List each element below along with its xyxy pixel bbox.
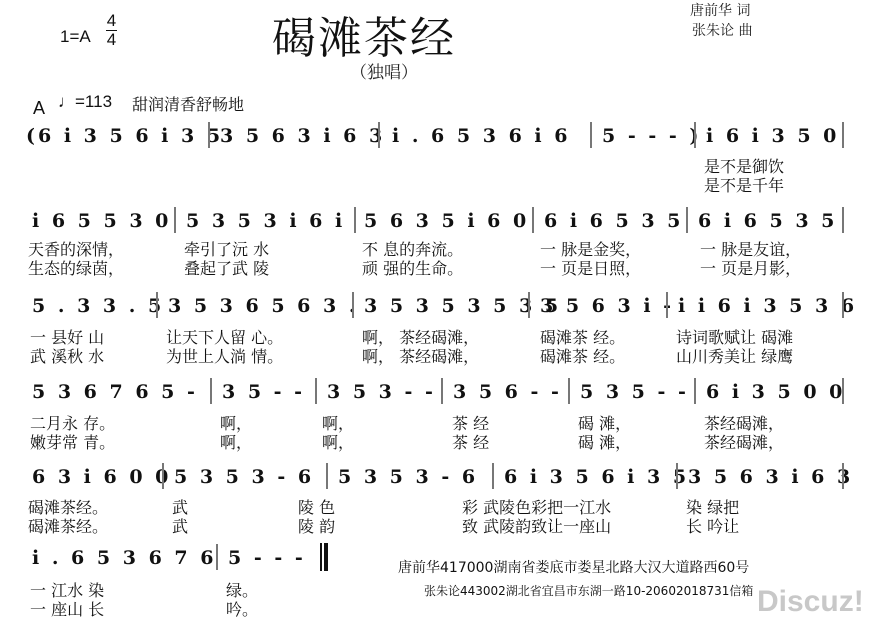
lyric-6-2-verse1: 绿。: [226, 581, 258, 600]
measure-5-1: 6 3 i 6 0 0: [32, 466, 171, 488]
key-signature: 1=A: [60, 27, 91, 47]
barline: [590, 122, 592, 148]
measure-4-6: 6 i 3 5 0 0: [706, 381, 845, 403]
lyric-4-2-verse1: 啊，: [220, 414, 252, 433]
tempo-marking: ♩=113: [58, 92, 112, 112]
measure-5-2: 5 3 5 3 - 6: [174, 466, 314, 488]
barline: [210, 378, 212, 404]
barline: [216, 544, 218, 570]
lyric-6-2-verse2: 吟。: [226, 600, 258, 619]
time-signature: 4 4: [106, 12, 117, 49]
lyric-4-3-verse2: 啊，: [322, 433, 354, 452]
lyric-6-1-verse2: 一 座山 长: [30, 600, 104, 619]
measure-2-5: 6 i 6 5 3 5: [698, 210, 837, 232]
measure-4-1: 5 3 6 7 6 5 -: [32, 381, 198, 403]
barline: [162, 463, 164, 489]
barline: [694, 122, 696, 148]
measure-4-2: 3 5 - -: [222, 381, 305, 403]
lyric-3-3-verse1: 啊， 茶经碣滩，: [362, 328, 479, 347]
lyric-2-2-verse2: 叠起了武 陵: [184, 259, 269, 278]
song-title: 碣滩茶经: [272, 2, 456, 66]
lyric-3-1-verse1: 一 县好 山: [30, 328, 104, 347]
lyric-2-4-verse2: 一 页是日照，: [540, 259, 641, 278]
measure-3-1: 5 . 3 3 . 5: [32, 295, 164, 317]
composer-contact: 张朱论443002湖北省宜昌市东湖一路10-20602018731信箱: [424, 582, 753, 599]
lyric-5-3-verse2: 陵 韵: [298, 517, 335, 536]
barline: [156, 292, 158, 318]
lyric-3-2-verse1: 让天下人留 心。: [166, 328, 283, 347]
lyric-5-3-verse1: 陵 色: [298, 498, 335, 517]
barline: [174, 207, 176, 233]
lyric-2-2-verse1: 牵引了沅 水: [184, 240, 269, 259]
barline: [326, 463, 328, 489]
barline: [568, 378, 570, 404]
lyric-4-4-verse1: 茶 经: [452, 414, 489, 433]
lyric-2-4-verse1: 一 脉是金奖，: [540, 240, 641, 259]
measure-4-5: 5 3 5 - -: [580, 381, 689, 403]
lyric-4-2-verse2: 啊，: [220, 433, 252, 452]
lyric-3-5-verse1: 诗词歌赋让 碣滩: [676, 328, 793, 347]
lyric-5-2-verse1: 武: [172, 498, 188, 517]
watermark-logo: Discuz!: [757, 585, 864, 619]
barline: [842, 122, 844, 148]
lyric-3-5-verse2: 山川秀美让 绿鹰: [676, 347, 793, 366]
measure-1-1: (6 i 3 5 6 i 3 5: [26, 125, 223, 147]
barline: [666, 292, 668, 318]
lyric-5-1-verse2: 碣滩茶经。: [28, 517, 108, 536]
lyric-4-5-verse1: 碣 滩，: [578, 414, 631, 433]
lyric-5-5-verse1: 染 绿把: [686, 498, 739, 517]
measure-5-4: 6 i 3 5 6 i 3 5: [504, 466, 689, 488]
lyric-2-1-verse1: 天香的深情，: [28, 240, 124, 259]
lyric-2-5-verse1: 一 脉是友谊，: [700, 240, 801, 259]
barline: [842, 378, 844, 404]
measure-3-5: i i 6 i 3 5 3 6: [678, 295, 857, 317]
measure-2-3: 5 6 3 5 i 6 0: [364, 210, 529, 232]
measure-2-1: i 6 5 5 3 0: [32, 210, 171, 232]
lyric-2-5-verse2: 一 页是月影，: [700, 259, 801, 278]
barline: [528, 292, 530, 318]
measure-4-4: 3 5 6 - -: [453, 381, 562, 403]
lyric-2-1-verse2: 生态的绿茵，: [28, 259, 124, 278]
measure-5-5: 3 5 6 3 i 6 3: [688, 466, 853, 488]
lyric-4-5-verse2: 碣 滩，: [578, 433, 631, 452]
barline: [842, 463, 844, 489]
lyric-3-3-verse2: 啊， 茶经碣滩，: [362, 347, 479, 366]
lyric-4-3-verse1: 啊，: [322, 414, 354, 433]
song-subtitle: （独唱）: [350, 58, 418, 83]
barline: [676, 463, 678, 489]
measure-6-2: 5 - - -: [228, 547, 306, 569]
barline: [694, 378, 696, 404]
lyric-1-5-verse1: 是不是御饮: [704, 157, 784, 176]
barline: [208, 122, 210, 148]
lyric-5-4-verse2: 致 武陵韵致让一座山: [462, 517, 611, 536]
expression-marking: 甜润清香舒畅地: [132, 92, 244, 115]
lyric-3-4-verse2: 碣滩茶 经。: [540, 347, 625, 366]
lyric-2-3-verse1: 不 息的奔流。: [362, 240, 463, 259]
lyric-4-6-verse2: 茶经碣滩，: [704, 433, 784, 452]
measure-1-5: i 6 i 3 5 0: [706, 125, 839, 147]
lyric-1-5-verse2: 是不是千年: [704, 176, 784, 195]
lyric-3-2-verse2: 为世上人淌 情。: [166, 347, 283, 366]
measure-3-3: 3 5 3 5 3 5 3 5: [364, 295, 561, 317]
lyric-6-1-verse1: 一 江水 染: [30, 581, 104, 600]
measure-5-3: 5 3 5 3 - 6: [338, 466, 478, 488]
composer-credit: 张朱论 曲: [692, 20, 752, 40]
time-signature-top: 4: [106, 12, 117, 30]
time-signature-bottom: 4: [106, 31, 117, 49]
barline: [842, 207, 844, 233]
measure-1-2: 3 5 6 3 i 6 3: [220, 125, 385, 147]
lyric-4-4-verse2: 茶 经: [452, 433, 489, 452]
measure-6-1: i . 6 5 3 6 7 6: [32, 547, 216, 569]
lyricist-contact: 唐前华417000湖南省娄底市娄星北路大汉大道路西60号: [398, 557, 749, 577]
lyric-4-6-verse1: 茶经碣滩，: [704, 414, 784, 433]
barline: [532, 207, 534, 233]
lyric-3-1-verse2: 武 溪秋 水: [30, 347, 104, 366]
barline: [354, 207, 356, 233]
barline: [492, 463, 494, 489]
lyric-4-1-verse1: 二月永 存。: [30, 414, 115, 433]
barline: [378, 122, 380, 148]
barline: [686, 207, 688, 233]
measure-2-4: 6 i 6 5 3 5: [544, 210, 683, 232]
lyricist-credit: 唐前华 词: [690, 0, 750, 20]
section-mark: A: [33, 98, 45, 119]
lyric-5-5-verse2: 长 吟让: [686, 517, 739, 536]
barline: [315, 378, 317, 404]
barline: [441, 378, 443, 404]
measure-3-2: 3 5 3 6 5 6 3 .: [168, 295, 358, 317]
final-barline-thin: [320, 543, 322, 571]
lyric-5-4-verse1: 彩 武陵色彩把一江水: [462, 498, 611, 517]
measure-1-3: i . 6 5 3 6 i 6: [392, 125, 570, 147]
measure-2-2: 5 3 5 3 i 6 i: [186, 210, 345, 232]
lyric-3-4-verse1: 碣滩茶 经。: [540, 328, 625, 347]
measure-3-4: 3 5 6 3 i -: [540, 295, 674, 317]
measure-1-4: 5 - - - ): [602, 125, 701, 147]
final-barline-thick: [324, 543, 328, 571]
lyric-4-1-verse2: 嫩芽常 青。: [30, 433, 115, 452]
lyric-5-2-verse2: 武: [172, 517, 188, 536]
lyric-5-1-verse1: 碣滩茶经。: [28, 498, 108, 517]
barline: [842, 292, 844, 318]
barline: [352, 292, 354, 318]
measure-4-3: 3 5 3 - -: [327, 381, 436, 403]
lyric-2-3-verse2: 顽 强的生命。: [362, 259, 463, 278]
